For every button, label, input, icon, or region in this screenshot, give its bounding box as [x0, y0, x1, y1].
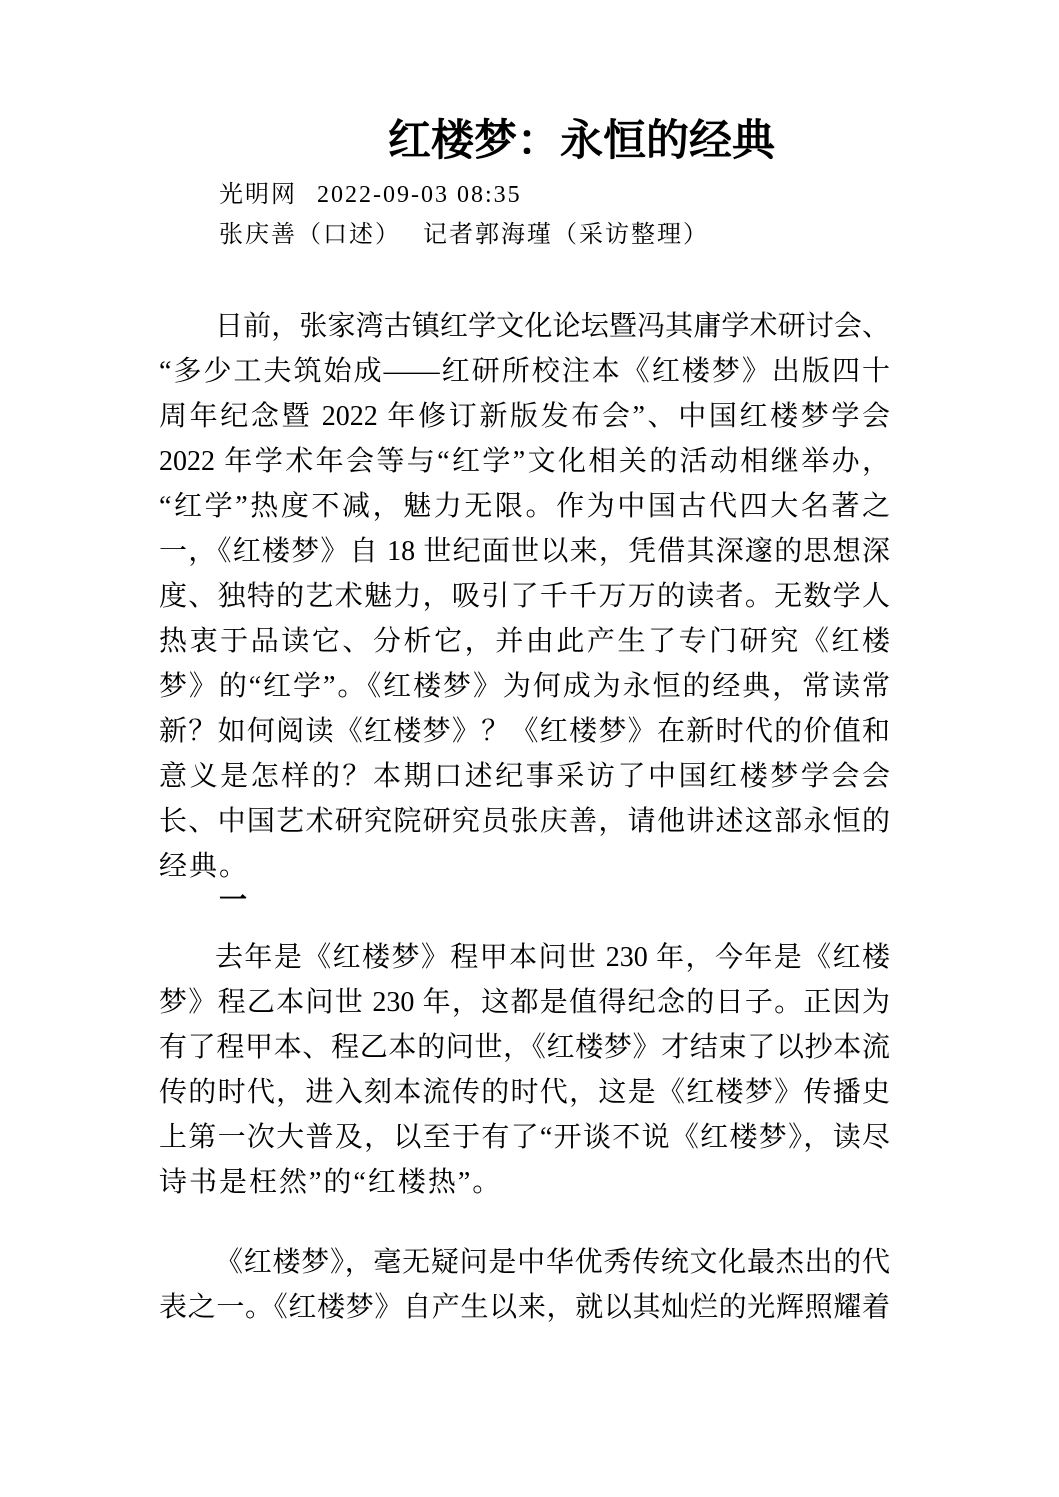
paragraph-line: 表之一。《红楼梦》自产生以来，就以其灿烂的光辉照耀着 — [159, 1285, 890, 1330]
publish-datetime: 2022-09-03 08:35 — [317, 182, 522, 208]
paragraph-line: 度、独特的艺术魅力，吸引了千千万万的读者。无数学人 — [159, 574, 890, 619]
paragraph-3: 《红楼梦》，毫无疑问是中华优秀传统文化最杰出的代 表之一。《红楼梦》自产生以来，… — [159, 1240, 890, 1330]
source-line: 光明网2022-09-03 08:35 — [219, 180, 522, 210]
paragraph-line: 有了程甲本、程乙本的问世，《红楼梦》才结束了以抄本流 — [159, 1025, 890, 1070]
paragraph-line: 一，《红楼梦》自 18 世纪面世以来，凭借其深邃的思想深 — [159, 529, 890, 574]
article-title: 红楼梦：永恒的经典 — [388, 115, 775, 167]
paragraph-2: 去年是《红楼梦》程甲本问世 230 年，今年是《红楼 梦》程乙本问世 230 年… — [159, 935, 890, 1205]
byline: 张庆善（口述）记者郭海瑾（采访整理） — [219, 220, 709, 250]
paragraph-line: 日前，张家湾古镇红学文化论坛暨冯其庸学术研讨会、 — [159, 304, 890, 349]
paragraph-line: 诗书是枉然”的“红楼热”。 — [159, 1160, 890, 1205]
paragraph-line: 经典。 — [159, 844, 890, 889]
paragraph-line: 热衷于品读它、分析它，并由此产生了专门研究《红楼 — [159, 619, 890, 664]
paragraph-line: 梦》程乙本问世 230 年，这都是值得纪念的日子。正因为 — [159, 980, 890, 1025]
document-page: 红楼梦：永恒的经典 光明网2022-09-03 08:35 张庆善（口述）记者郭… — [0, 0, 1059, 1497]
paragraph-line: 去年是《红楼梦》程甲本问世 230 年，今年是《红楼 — [159, 935, 890, 980]
paragraph-line: “多少工夫筑始成——红研所校注本《红楼梦》出版四十 — [159, 349, 890, 394]
paragraph-line: “红学”热度不减，魅力无限。作为中国古代四大名著之 — [159, 484, 890, 529]
byline-narrator: 张庆善（口述） — [219, 222, 401, 248]
paragraph-1: 日前，张家湾古镇红学文化论坛暨冯其庸学术研讨会、 “多少工夫筑始成——红研所校注… — [159, 304, 890, 889]
paragraph-line: 《红楼梦》，毫无疑问是中华优秀传统文化最杰出的代 — [159, 1240, 890, 1285]
paragraph-line: 长、中国艺术研究院研究员张庆善，请他讲述这部永恒的 — [159, 799, 890, 844]
paragraph-line: 2022 年学术年会等与“红学”文化相关的活动相继举办， — [159, 439, 890, 484]
paragraph-line: 上第一次大普及，以至于有了“开谈不说《红楼梦》，读尽 — [159, 1115, 890, 1160]
paragraph-line: 意义是怎样的？本期口述纪事采访了中国红楼梦学会会 — [159, 754, 890, 799]
paragraph-line: 梦》的“红学”。《红楼梦》为何成为永恒的经典，常读常 — [159, 664, 890, 709]
byline-reporter: 记者郭海瑾（采访整理） — [423, 222, 709, 248]
paragraph-line: 传的时代，进入刻本流传的时代，这是《红楼梦》传播史 — [159, 1070, 890, 1115]
source-name: 光明网 — [219, 182, 297, 208]
paragraph-line: 周年纪念暨 2022 年修订新版发布会”、中国红楼梦学会 — [159, 394, 890, 439]
section-number: 一 — [219, 885, 247, 917]
paragraph-line: 新？如何阅读《红楼梦》？《红楼梦》在新时代的价值和 — [159, 709, 890, 754]
